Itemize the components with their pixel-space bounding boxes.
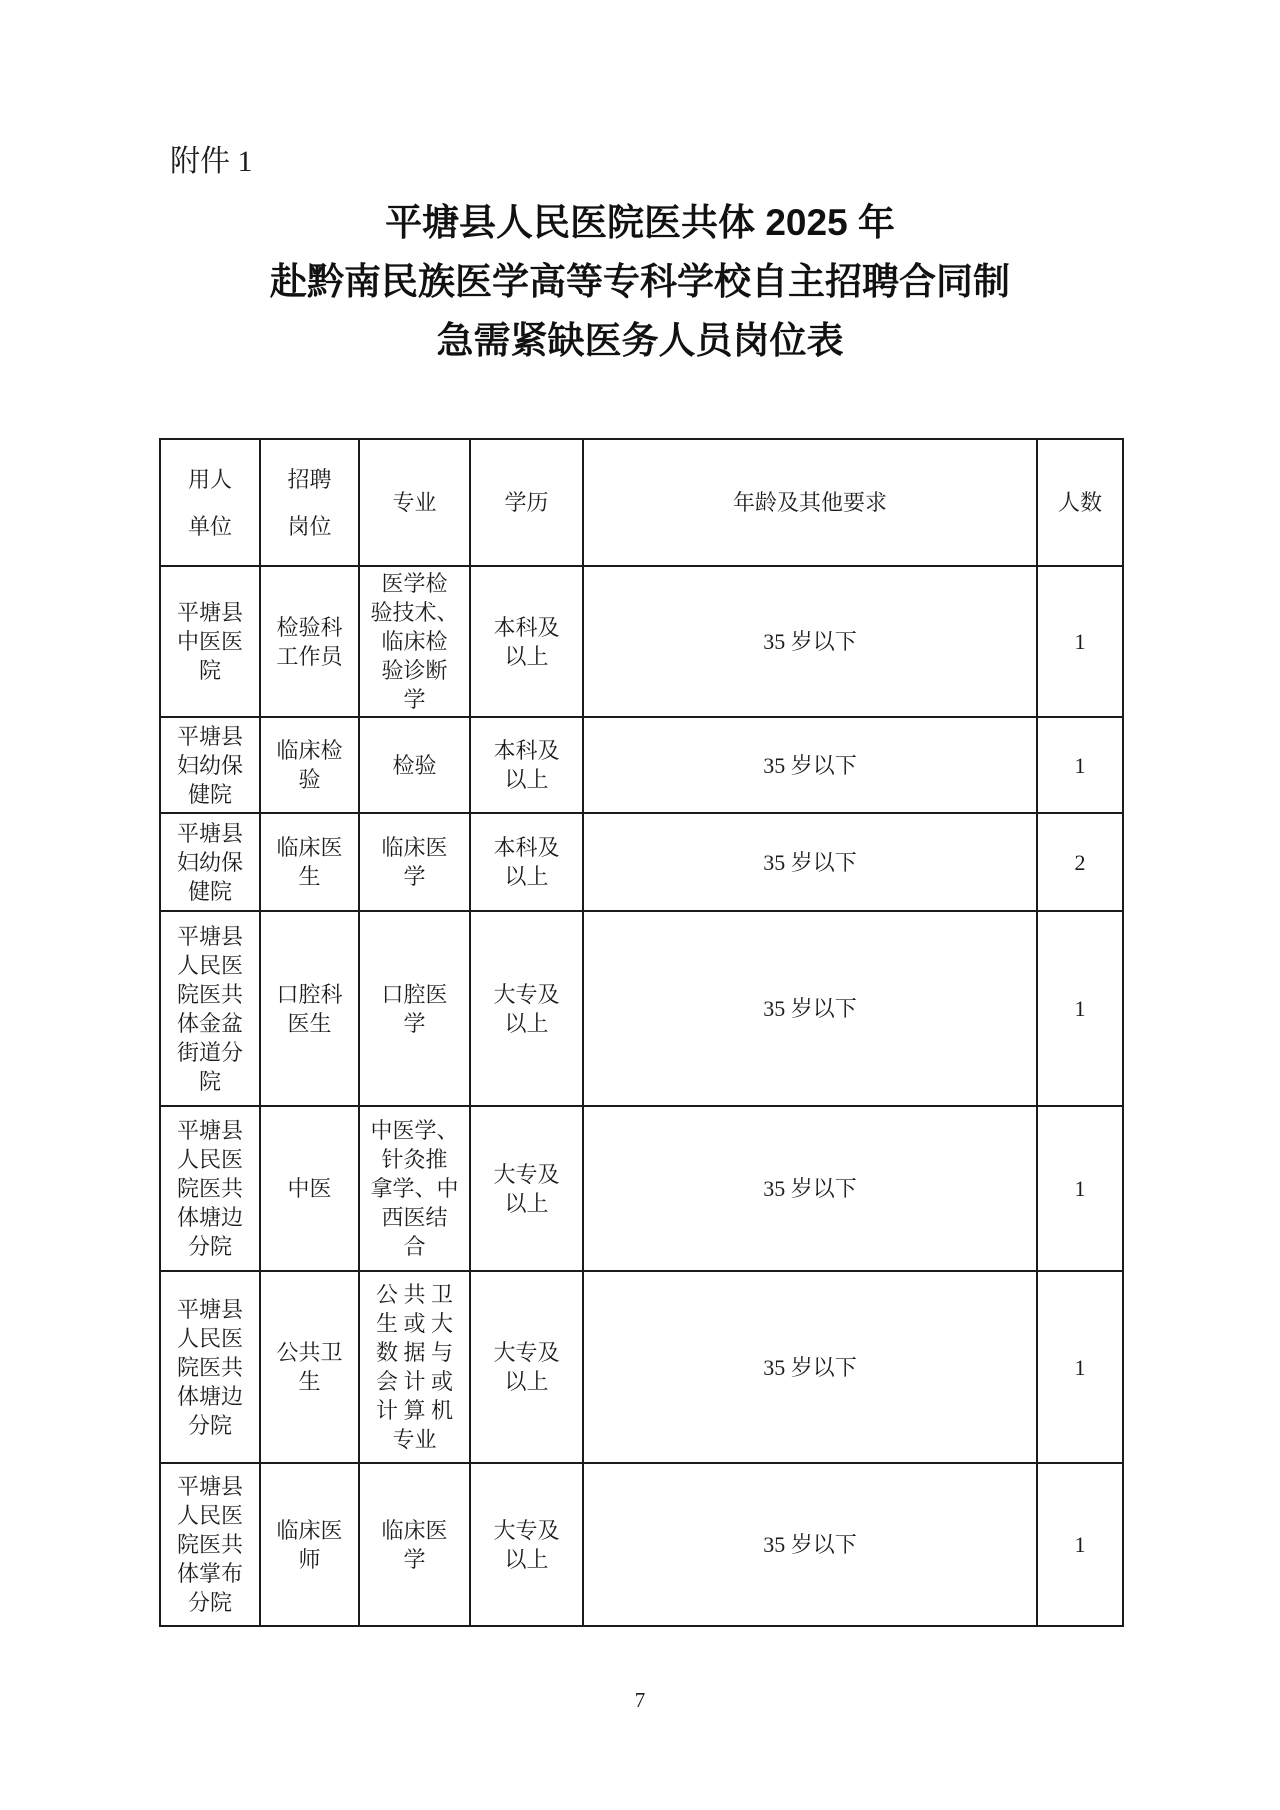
header-cell-requirements: 年龄及其他要求 — [583, 439, 1037, 566]
cell-position: 中医 — [260, 1106, 359, 1271]
cell-requirements: 35 岁以下 — [583, 1463, 1037, 1626]
table-row: 平塘县 妇幼保 健院 临床医 生 临床医 学 本科及 以上 35 岁以下 2 — [160, 813, 1123, 911]
header-cell-position: 招聘 岗位 — [260, 439, 359, 566]
table-row: 平塘县 人民医 院医共 体塘边 分院 公共卫 生 公 共 卫 生 或 大 数 据… — [160, 1271, 1123, 1463]
cell-unit: 平塘县 妇幼保 健院 — [160, 813, 260, 911]
cell-count: 1 — [1037, 1106, 1123, 1271]
page-number: 7 — [0, 1688, 1280, 1713]
header-cell-unit: 用人 单位 — [160, 439, 260, 566]
cell-count: 2 — [1037, 813, 1123, 911]
title-line-1: 平塘县人民医院医共体 2025 年 — [0, 193, 1280, 252]
header-cell-major: 专业 — [359, 439, 470, 566]
cell-education: 本科及 以上 — [470, 717, 583, 813]
cell-requirements: 35 岁以下 — [583, 566, 1037, 717]
cell-unit: 平塘县 中医医 院 — [160, 566, 260, 717]
cell-requirements: 35 岁以下 — [583, 1106, 1037, 1271]
table-row: 平塘县 人民医 院医共 体金盆 街道分 院 口腔科 医生 口腔医 学 大专及 以… — [160, 911, 1123, 1106]
cell-count: 1 — [1037, 911, 1123, 1106]
cell-count: 1 — [1037, 1463, 1123, 1626]
cell-position: 临床检 验 — [260, 717, 359, 813]
header-cell-education: 学历 — [470, 439, 583, 566]
document-title: 平塘县人民医院医共体 2025 年 赴黔南民族医学高等专科学校自主招聘合同制 急… — [0, 193, 1280, 370]
cell-unit: 平塘县 妇幼保 健院 — [160, 717, 260, 813]
cell-unit: 平塘县 人民医 院医共 体掌布 分院 — [160, 1463, 260, 1626]
attachment-label: 附件 1 — [170, 136, 253, 180]
cell-education: 本科及 以上 — [470, 813, 583, 911]
cell-unit: 平塘县 人民医 院医共 体塘边 分院 — [160, 1106, 260, 1271]
cell-major: 检验 — [359, 717, 470, 813]
cell-major: 公 共 卫 生 或 大 数 据 与 会 计 或 计 算 机 专业 — [359, 1271, 470, 1463]
table-row: 平塘县 人民医 院医共 体掌布 分院 临床医 师 临床医 学 大专及 以上 35… — [160, 1463, 1123, 1626]
document-page: 附件 1 平塘县人民医院医共体 2025 年 赴黔南民族医学高等专科学校自主招聘… — [0, 0, 1280, 1810]
cell-requirements: 35 岁以下 — [583, 1271, 1037, 1463]
cell-major: 临床医 学 — [359, 1463, 470, 1626]
cell-position: 公共卫 生 — [260, 1271, 359, 1463]
cell-unit: 平塘县 人民医 院医共 体金盆 街道分 院 — [160, 911, 260, 1106]
title-line-3: 急需紧缺医务人员岗位表 — [0, 311, 1280, 370]
cell-major: 临床医 学 — [359, 813, 470, 911]
table-header-row: 用人 单位 招聘 岗位 专业 学历 年龄及其他要求 人数 — [160, 439, 1123, 566]
table-row: 平塘县 中医医 院 检验科 工作员 医学检 验技术、 临床检 验诊断 学 本科及… — [160, 566, 1123, 717]
cell-position: 检验科 工作员 — [260, 566, 359, 717]
cell-education: 大专及 以上 — [470, 1463, 583, 1626]
cell-major: 口腔医 学 — [359, 911, 470, 1106]
positions-table: 用人 单位 招聘 岗位 专业 学历 年龄及其他要求 人数 平塘县 中医医 院 检… — [159, 438, 1124, 1627]
cell-requirements: 35 岁以下 — [583, 911, 1037, 1106]
cell-position: 临床医 师 — [260, 1463, 359, 1626]
cell-requirements: 35 岁以下 — [583, 813, 1037, 911]
cell-education: 大专及 以上 — [470, 911, 583, 1106]
header-cell-count: 人数 — [1037, 439, 1123, 566]
cell-education: 大专及 以上 — [470, 1106, 583, 1271]
table-row: 平塘县 妇幼保 健院 临床检 验 检验 本科及 以上 35 岁以下 1 — [160, 717, 1123, 813]
cell-count: 1 — [1037, 717, 1123, 813]
cell-position: 口腔科 医生 — [260, 911, 359, 1106]
cell-major: 中医学、 针灸推 拿学、中 西医结 合 — [359, 1106, 470, 1271]
cell-count: 1 — [1037, 566, 1123, 717]
table-row: 平塘县 人民医 院医共 体塘边 分院 中医 中医学、 针灸推 拿学、中 西医结 … — [160, 1106, 1123, 1271]
cell-requirements: 35 岁以下 — [583, 717, 1037, 813]
title-line-2: 赴黔南民族医学高等专科学校自主招聘合同制 — [0, 252, 1280, 311]
cell-unit: 平塘县 人民医 院医共 体塘边 分院 — [160, 1271, 260, 1463]
cell-education: 大专及 以上 — [470, 1271, 583, 1463]
cell-education: 本科及 以上 — [470, 566, 583, 717]
cell-count: 1 — [1037, 1271, 1123, 1463]
cell-position: 临床医 生 — [260, 813, 359, 911]
cell-major: 医学检 验技术、 临床检 验诊断 学 — [359, 566, 470, 717]
